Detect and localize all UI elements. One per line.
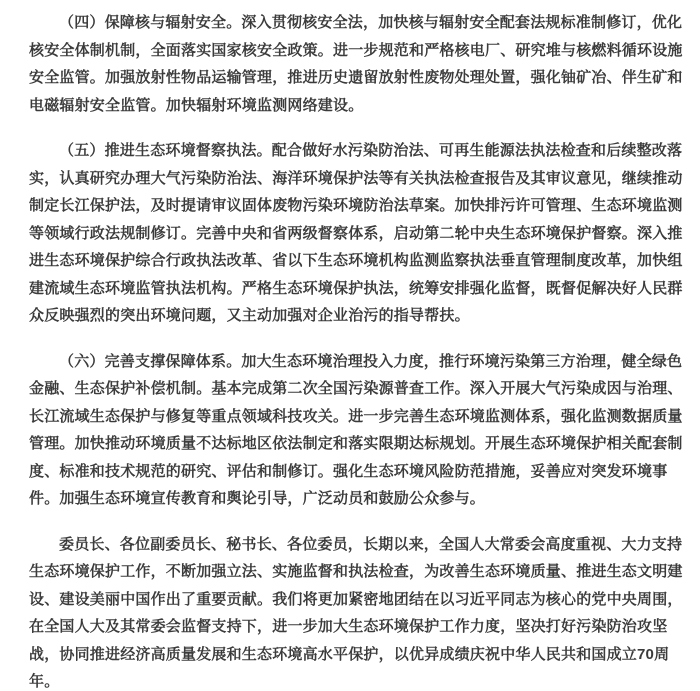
text-line: 设、建设美丽中国作出了重要贡献。我们将更加紧密地团结在以习近平同志为核心的党中央… [29, 586, 674, 614]
text-line: 进生态环境保护综合行政执法改革、省以下生态环境机构监测监察执法垂直管理制度改革，… [29, 247, 674, 275]
text-line: 件。加强生态环境宣传教育和舆论引导，广泛动员和鼓励公众参与。 [29, 485, 674, 513]
paragraph: （五）推进生态环境督察执法。配合做好水污染防治法、可再生能源法执法检查和后续整改… [29, 137, 674, 330]
text-line: （六）完善支撑保障体系。加大生态环境治理投入力度，推行环境污染第三方治理，健全绿… [29, 348, 674, 376]
text-line: 等领域行政法规制修订。完善中央和省两级督察体系，启动第二轮中央生态环境保护督察。… [29, 220, 674, 248]
text-line: 制定长江保护法，及时提请审议固体废物污染环境防治法草案。加快排污许可管理、生态环… [29, 192, 674, 220]
text-line: 众反映强烈的突出环境问题，又主动加强对企业治污的指导帮扶。 [29, 302, 674, 330]
text-line: 核安全体制机制，全面落实国家核安全政策。进一步规范和严格核电厂、研究堆与核燃料循… [29, 37, 674, 65]
text-line: 建流域生态环境监管执法机构。严格生态环境保护执法，统筹安排强化监督，既督促解决好… [29, 275, 674, 303]
text-line: 委员长、各位副委员长、秘书长、各位委员，长期以来，全国人大常委会高度重视、大力支… [29, 531, 674, 559]
text-line: 实，认真研究办理大气污染防治法、海洋环境保护法等有关执法检查报告及其审议意见，继… [29, 165, 674, 193]
text-line: 生态环境保护工作，不断加强立法、实施监督和执法检查，为改善生态环境质量、推进生态… [29, 558, 674, 586]
paragraph: （四）保障核与辐射安全。深入贯彻核安全法，加快核与辐射安全配套法规标准制修订，优… [29, 9, 674, 119]
text-line: （四）保障核与辐射安全。深入贯彻核安全法，加快核与辐射安全配套法规标准制修订，优… [29, 9, 674, 37]
paragraph: （六）完善支撑保障体系。加大生态环境治理投入力度，推行环境污染第三方治理，健全绿… [29, 348, 674, 513]
text-line: 安全监管。加强放射性物品运输管理，推进历史遗留放射性废物处理处置，强化铀矿冶、伴… [29, 64, 674, 92]
text-line: 度、标准和技术规范的研究、评估和制修订。强化生态环境风险防范措施，妥善应对突发环… [29, 458, 674, 486]
text-line: 战，协同推进经济高质量发展和生态环境高水平保护，以优异成绩庆祝中华人民共和国成立… [29, 641, 674, 669]
document-body: （四）保障核与辐射安全。深入贯彻核安全法，加快核与辐射安全配套法规标准制修订，优… [29, 9, 674, 691]
text-line: 长江流域生态保护与修复等重点领域科技攻关。进一步完善生态环境监测体系，强化监测数… [29, 403, 674, 431]
text-line: 电磁辐射安全监管。加快辐射环境监测网络建设。 [29, 92, 674, 120]
text-line: （五）推进生态环境督察执法。配合做好水污染防治法、可再生能源法执法检查和后续整改… [29, 137, 674, 165]
text-line: 在全国人大及其常委会监督支持下，进一步加大生态环境保护工作力度，坚决打好污染防治… [29, 613, 674, 641]
text-line: 年。 [29, 668, 674, 691]
paragraph: 委员长、各位副委员长、秘书长、各位委员，长期以来，全国人大常委会高度重视、大力支… [29, 531, 674, 691]
document-page: （四）保障核与辐射安全。深入贯彻核安全法，加快核与辐射安全配套法规标准制修订，优… [0, 0, 700, 691]
text-line: 管理。加快推动环境质量不达标地区依法制定和落实限期达标规划。开展生态环境保护相关… [29, 430, 674, 458]
text-line: 金融、生态保护补偿机制。基本完成第二次全国污染源普查工作。深入开展大气污染成因与… [29, 375, 674, 403]
